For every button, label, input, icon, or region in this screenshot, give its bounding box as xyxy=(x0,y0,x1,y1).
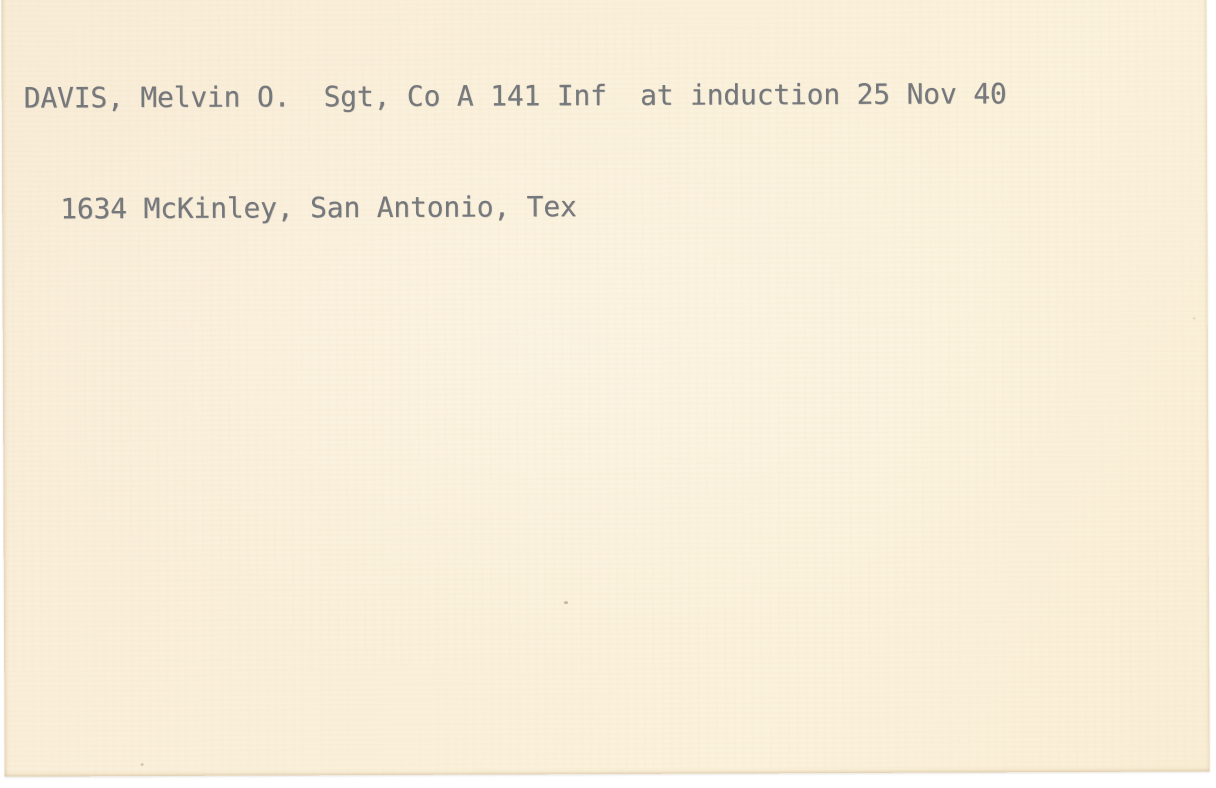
scan-speck xyxy=(564,601,568,604)
scan-speck xyxy=(1193,317,1196,319)
typed-line-name-rank-unit: DAVIS, Melvin O. Sgt, Co A 141 Inf at in… xyxy=(24,75,1007,116)
typed-line-address: 1634 McKinley, San Antonio, Tex xyxy=(60,186,1007,227)
typed-text-block: DAVIS, Melvin O. Sgt, Co A 141 Inf at in… xyxy=(23,1,1007,301)
scan-speck xyxy=(141,763,144,766)
scanner-background: DAVIS, Melvin O. Sgt, Co A 141 Inf at in… xyxy=(0,0,1216,788)
index-card: DAVIS, Melvin O. Sgt, Co A 141 Inf at in… xyxy=(1,0,1209,777)
